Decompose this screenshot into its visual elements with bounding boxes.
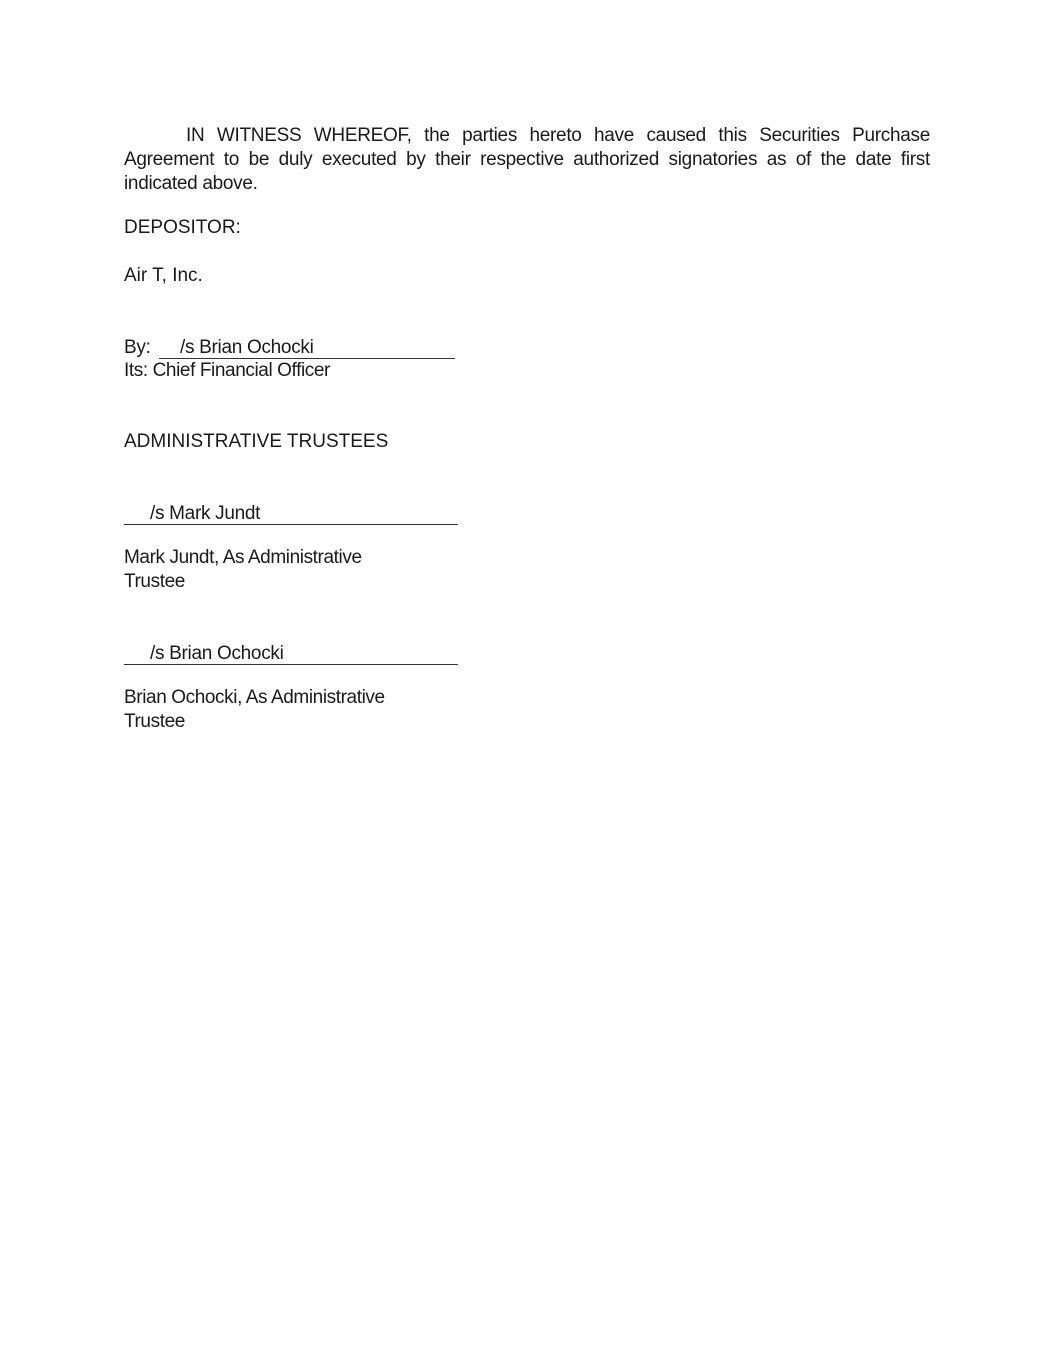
- witness-text: IN WITNESS WHEREOF, the parties hereto h…: [124, 125, 930, 194]
- trustee-signature: /s Brian Ochocki: [150, 643, 284, 665]
- witness-paragraph: IN WITNESS WHEREOF, the parties hereto h…: [124, 124, 930, 196]
- trustee-title-line: Trustee: [124, 710, 424, 734]
- trustee-name-block: Brian Ochocki, As Administrative Trustee: [124, 686, 424, 734]
- document-page: IN WITNESS WHEREOF, the parties hereto h…: [0, 0, 1055, 1365]
- trustee-name-line: Mark Jundt, As Administrative: [124, 546, 424, 570]
- trustee-signature: /s Mark Jundt: [150, 503, 260, 525]
- by-label: By:: [124, 337, 151, 359]
- depositor-name: Air T, Inc.: [124, 264, 203, 288]
- trustee-name-line: Brian Ochocki, As Administrative: [124, 686, 424, 710]
- trustee-title-line: Trustee: [124, 570, 424, 594]
- trustees-heading: ADMINISTRATIVE TRUSTEES: [124, 430, 388, 454]
- depositor-heading: DEPOSITOR:: [124, 216, 241, 240]
- depositor-signature: /s Brian Ochocki: [180, 337, 314, 359]
- trustee-name-block: Mark Jundt, As Administrative Trustee: [124, 546, 424, 594]
- depositor-title: Its: Chief Financial Officer: [124, 359, 330, 383]
